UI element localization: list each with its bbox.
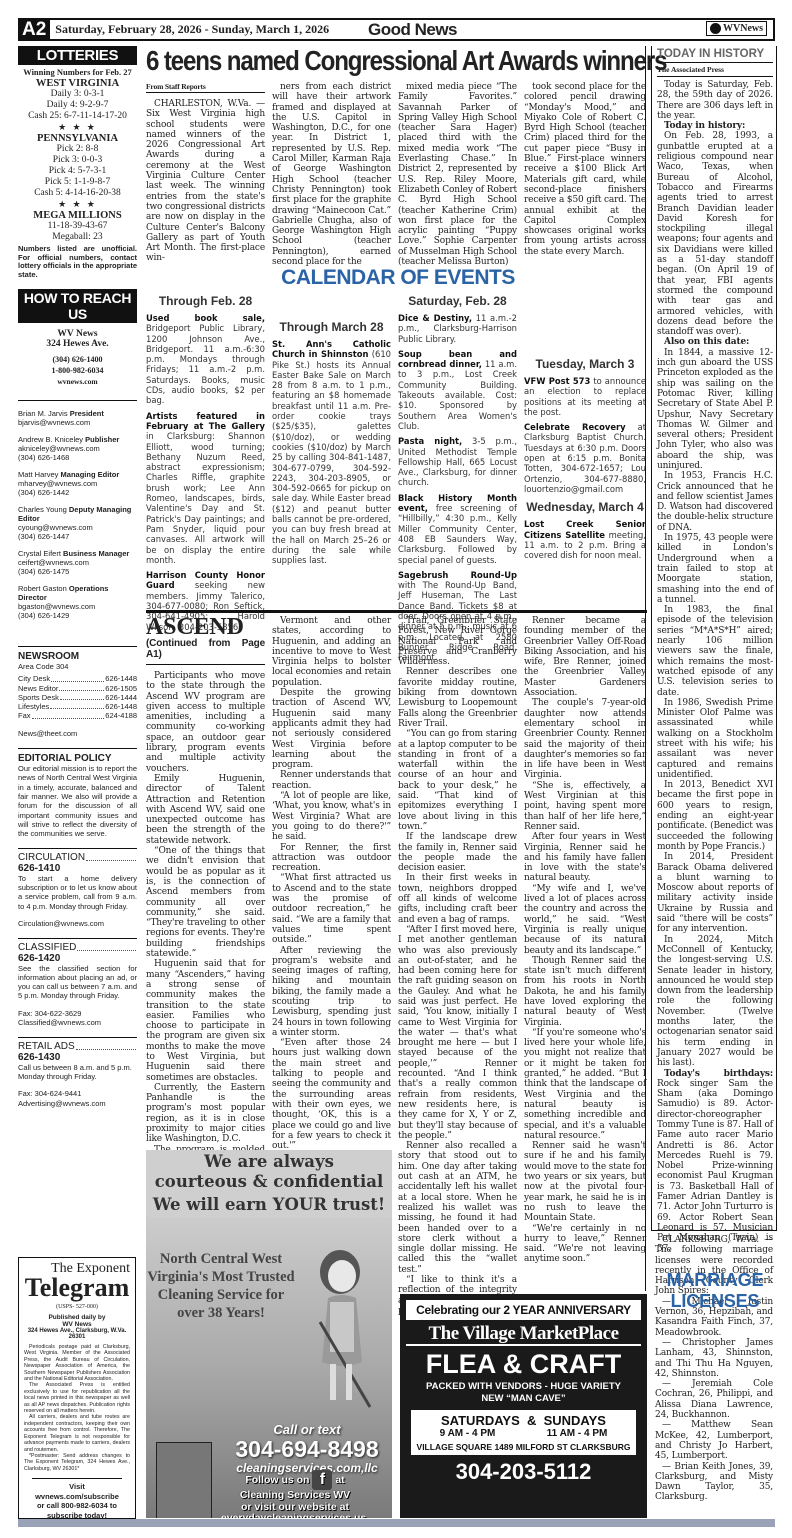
paragraph: In their first weeks in town, neighbors … [398, 873, 517, 924]
follow-text: at [335, 1474, 344, 1486]
subscribe-cta[interactable]: Visit wvnews.com/subscribe or call 800-9… [32, 1478, 122, 1524]
directory-row: City Desk626-1448 [18, 674, 137, 683]
event-name: Sagebrush Round-Up [398, 570, 517, 580]
calendar-event[interactable]: Artists featured in February at The Gall… [146, 411, 265, 565]
directory-row: Fax624-4188 [18, 711, 137, 720]
cleaning-service-ad[interactable]: We are always courteous & confidential W… [146, 1150, 392, 1518]
hours-box: SATURDAYS & SUNDAYS 9 AM - 4 PM11 AM - 4… [411, 1410, 636, 1455]
calendar-event[interactable]: Lost Creek Senior Citizens Satellite mee… [524, 519, 646, 560]
cleaning-lady-illustration [300, 1242, 384, 1412]
art-story-col-3: mixed media piece “The Family Favorites.… [398, 82, 517, 267]
page-number: A2 [18, 18, 50, 41]
staff-entry: Brian M. Jarvis Presidentbjarvis@wvnews.… [18, 409, 137, 427]
lottery-result: Daily 3: 0-3-1 [18, 89, 137, 100]
staff-name: Robert Gaston [18, 584, 67, 593]
staff-phone[interactable]: (304) 626-1475 [18, 567, 69, 576]
calendar-date-heading: Through Feb. 28 [146, 294, 265, 308]
postage-notice: Periodicals postage paid at Clarksburg, … [24, 1344, 130, 1382]
open-days: SATURDAYS & SUNDAYS [414, 1413, 633, 1428]
contact-block: WV News 324 Hewes Ave. (304) 626-1400 1-… [18, 329, 137, 386]
left-sidebar: LOTTERIES Winning Numbers for Feb. 27 WE… [18, 46, 137, 1108]
ad-contact: Call or text 304-694-8498 cleaningservic… [222, 1422, 392, 1475]
staff-name: Brian M. Jarvis [18, 409, 68, 418]
paper-title-large: Telegram [24, 1276, 130, 1300]
lottery-result: Daily 4: 9-2-9-7 [18, 100, 137, 111]
newsroom-email[interactable]: News@theet.com [18, 729, 137, 738]
staff-email[interactable]: bjarvis@wvnews.com [18, 418, 90, 427]
paragraph: If the landscape drew the family in, Ren… [398, 832, 517, 873]
village-marketplace-ad[interactable]: Celebrating our 2 YEAR ANNIVERSARY The V… [400, 1294, 647, 1518]
directory-label: Lifestyles [18, 702, 49, 711]
lottery-result: Pick 3: 0-0-3 [18, 155, 137, 166]
retail-fax: Fax: 304-624-9441 [18, 1089, 137, 1098]
issue-date: Saturday, February 28, 2026 - Sunday, Ma… [55, 22, 329, 37]
directory-phone[interactable]: 624-4188 [105, 711, 137, 720]
today-in-history-box: TODAY IN HISTORY The Associated Press To… [651, 46, 777, 1231]
marriage-entry: — Matthew Sean McKee, 42, Lumberport, an… [655, 1420, 773, 1461]
paragraph: “If you're someone who's lived here your… [524, 1028, 646, 1141]
birthdays-text: Rock singer Sam the Sham (aka Domingo Sa… [657, 1079, 773, 1254]
classified-text: See the classified section for informati… [18, 964, 137, 1001]
classified-title: CLASSIFIED [18, 943, 76, 952]
publisher-name: WV News [24, 1321, 130, 1328]
article-text: Vermont and other states, according to H… [272, 616, 391, 1182]
calendar-col-4: Tuesday, March 3 VFW Post 573 to announc… [524, 355, 646, 565]
star-divider-icon: ★ ★ ★ [18, 122, 137, 133]
ascend-col-2: Vermont and other states, according to H… [272, 616, 391, 1182]
directory-phone[interactable]: 626-1444 [105, 693, 137, 702]
usps-number: (USPS- 527-000) [24, 1304, 130, 1310]
ascend-col-1: ASCEND (Continued from Page A1) Particip… [146, 616, 265, 1165]
staff-email[interactable]: cyoung@wvnews.com [18, 523, 93, 532]
market-phone[interactable]: 304-203-5112 [406, 1459, 641, 1485]
history-event: In 1983, the final episode of the televi… [657, 605, 773, 698]
directory-phone[interactable]: 626-1448 [105, 702, 137, 711]
marriage-entry: — Christopher James Lanham, 43, Shinnsto… [655, 1338, 773, 1379]
paragraph: The couple's 7-year-old daughter now att… [524, 698, 646, 780]
event-name: VFW Post 573 [524, 376, 590, 386]
calendar-col-1: Through Feb. 28 Used book sale, Bridgepo… [146, 292, 265, 637]
ad-website-url[interactable]: everydaycleaningservices.us. [198, 1513, 392, 1518]
staff-phone[interactable]: (304) 626-1442 [18, 488, 69, 497]
ascend-col-4: Renner became a founding member of the G… [524, 616, 646, 1265]
paragraph: “What first attracted us to Ascend and t… [272, 873, 391, 945]
sunday-hours: 11 AM - 4 PM [547, 1428, 608, 1439]
paragraph: Renner said he wasn't sure if he and his… [524, 1141, 646, 1223]
classified-fax: Fax: 304-622-3629 [18, 1009, 137, 1018]
article-text: Participants who move to the state throu… [146, 671, 265, 1165]
history-event: In 1844, a massive 12-inch gun aboard th… [657, 348, 773, 472]
history-event: In 2024, Mitch McConnell of Kentucky, th… [657, 935, 773, 1069]
staff-title: Publisher [85, 435, 119, 444]
byline: From Staff Reports [146, 82, 265, 93]
ad-tagline: North Central West Virginia's Most Trust… [146, 1250, 296, 1322]
staff-email[interactable]: bgaston@wvnews.com [18, 602, 95, 611]
ascend-headline[interactable]: ASCEND [146, 616, 265, 638]
lottery-disclaimer: Numbers listed are unofficial. For offic… [18, 245, 137, 279]
staff-email[interactable]: ceifert@wvnews.com [18, 558, 89, 567]
staff-phone[interactable]: (304) 626-1447 [18, 532, 69, 541]
event-name: Celebrate Recovery [524, 422, 626, 432]
staff-name: Crystal Eifert [18, 549, 61, 558]
facebook-page-name[interactable]: Cleaning Services WV [198, 1490, 392, 1502]
ad-banner: We are always courteous & confidential W… [146, 1150, 392, 1217]
retail-title: RETAIL ADS [18, 1042, 75, 1051]
paragraph: Trail, Greenbrier State Forest, New Rive… [398, 616, 517, 667]
staff-entry: Crystal Eifert Business Managerceifert@w… [18, 549, 137, 576]
right-sidebar: TODAY IN HISTORY The Associated Press To… [651, 46, 777, 1503]
article-text: ners from each district will have their … [272, 82, 391, 267]
org-address: 324 Hewes Ave. [18, 339, 137, 349]
staff-list: Brian M. Jarvis Presidentbjarvis@wvnews.… [18, 409, 137, 620]
calendar-title: CALENDAR OF EVENTS [258, 266, 538, 290]
paragraph: Despite the growing traction of Ascend W… [272, 688, 391, 770]
wvnews-logo[interactable]: WVNews [706, 21, 767, 36]
wv-state-icon [710, 23, 721, 34]
masthead: A2 Saturday, February 28, 2026 - Sunday,… [18, 18, 775, 41]
classified-phone[interactable]: 626-1420 [18, 953, 137, 964]
event-name: Artists featured in February at The Gall… [146, 411, 265, 431]
divider [18, 848, 137, 849]
circulation-header: CIRCULATION [18, 853, 137, 862]
section-name: Good News [368, 20, 457, 40]
art-story-col-4: took second place for the colored pencil… [524, 82, 646, 257]
retail-phone[interactable]: 626-1430 [18, 1052, 137, 1063]
lottery-result: Megaball: 23 [18, 232, 137, 243]
postmaster-notice: *Postmaster: Send address changes to The… [24, 1453, 130, 1472]
footer-bar [18, 1519, 775, 1527]
state-name: WEST VIRGINIA [18, 78, 137, 89]
lottery-result: Cash 25: 6-7-11-14-17-20 [18, 111, 137, 122]
paragraph: Vermont and other states, according to H… [272, 616, 391, 688]
calendar-date-heading: Saturday, Feb. 28 [398, 294, 517, 308]
marriage-entry: — Brian Keith Jones, 39, Clarksburg, and… [655, 1462, 773, 1503]
calendar-event[interactable]: Soup bean and cornbread dinner, 11 a.m. … [398, 349, 517, 431]
lottery-result: Cash 5: 4-14-16-20-38 [18, 188, 137, 199]
art-story-col-1: From Staff Reports CHARLESTON, W.Va. — S… [146, 82, 265, 264]
org-name: WV News [18, 329, 137, 339]
published-by: Published daily by [24, 1314, 130, 1321]
retail-ads-header: RETAIL ADS [18, 1042, 137, 1051]
divider [18, 748, 137, 749]
editorial-policy-header: EDITORIAL POLICY [18, 753, 137, 764]
staff-name: Andrew B. Kniceley [18, 435, 83, 444]
event-details: Bridgeport Public Library, 1200 Johnson … [146, 323, 265, 405]
paragraph: “A lot of people are like, ‘What, you kn… [272, 791, 391, 842]
facebook-icon[interactable]: f [312, 1470, 332, 1490]
circulation-title: CIRCULATION [18, 853, 85, 862]
main-phone[interactable]: (304) 626-1400 [18, 355, 137, 364]
retail-text: Call us between 8 a.m. and 5 p.m. [18, 1063, 137, 1072]
staff-phone[interactable]: (304) 626-1429 [18, 611, 69, 620]
calendar-date-heading: Wednesday, March 4 [524, 500, 646, 514]
paragraph: Renner also recalled a story that stood … [398, 1141, 517, 1275]
ad-subline: NEW “MAN CAVE” [406, 1393, 641, 1405]
logo-text: WVNews [723, 23, 763, 34]
column-rule [645, 46, 646, 1291]
circulation-phone[interactable]: 626-1410 [18, 863, 137, 874]
history-event: In 1986, Swedish Prime Minister Olof Pal… [657, 698, 773, 780]
calendar-event[interactable]: Pasta night, 3-5 p.m., United Methodist … [398, 436, 517, 487]
ap-notice: The Associated Press is entitled exclusi… [24, 1382, 130, 1414]
ad-phone[interactable]: 304-694-8498 [222, 1437, 392, 1461]
history-event: On Feb. 28, 1993, a gunbattle erupted at… [657, 131, 773, 337]
lottery-result: Pick 2: 8-8 [18, 144, 137, 155]
divider [18, 400, 137, 401]
paragraph: Though Renner said the state isn't much … [524, 956, 646, 1028]
today-in-history-header: TODAY IN HISTORY [657, 48, 773, 63]
paragraph: After reviewing the program's website an… [272, 946, 391, 1039]
directory-phone[interactable]: 626-1505 [105, 684, 137, 693]
retail-email[interactable]: Advertising@wvnews.com [18, 1099, 137, 1108]
area-code: Area Code 304 [18, 662, 137, 671]
calendar-date-heading: Tuesday, March 3 [524, 357, 646, 371]
divider [18, 938, 137, 939]
paragraph: “Even after those 24 hours just walking … [272, 1038, 391, 1151]
paragraph: “After I first moved here, I met another… [398, 925, 517, 1141]
event-details: at Clarksburg Baptist Church. Tuesdays a… [524, 422, 646, 494]
art-awards-headline[interactable]: 6 teens named Congressional Art Awards w… [146, 46, 578, 76]
calendar-event[interactable]: Black History Month event, free screenin… [398, 493, 517, 565]
history-text: Today is Saturday, Feb. 28, the 59th day… [657, 80, 773, 1312]
circulation-text: To start a home delivery subscription or… [18, 874, 137, 911]
event-details: 11 a.m. to 3 p.m., Lost Creek Community … [398, 359, 517, 431]
event-details: (610 Pike St.) hosts its Annual Easter B… [272, 349, 391, 565]
history-label: Today's birthdays: [664, 1069, 773, 1079]
editorial-policy-text: Our editorial mission is to report the n… [18, 764, 137, 838]
saturday-hours: 9 AM - 4 PM [440, 1428, 496, 1439]
paragraph: Renner understands that reaction. [272, 770, 391, 791]
ad-line: We will earn YOUR trust! [146, 1195, 392, 1215]
paragraph: “My wife and I, we've lived a lot of pla… [524, 884, 646, 956]
lotteries-header: LOTTERIES [18, 46, 137, 65]
staff-entry: Charles Young Deputy Managing Editorcyou… [18, 505, 137, 541]
ad-line: courteous & confidential [146, 1172, 392, 1192]
article-text: CHARLESTON, W.Va. — Six West Virginia hi… [146, 99, 265, 264]
paragraph: “We're certainly in no hurry to leave,” … [524, 1224, 646, 1265]
staff-entry: Robert Gaston Operations Directorbgaston… [18, 584, 137, 620]
classified-email[interactable]: Classified@wvnews.com [18, 1018, 137, 1027]
website-link[interactable]: wvnews.com [18, 377, 137, 386]
article-text: Trail, Greenbrier State Forest, New Rive… [398, 616, 517, 1316]
social-follow: Follow us on f at Cleaning Services WV o… [198, 1470, 392, 1518]
retail-text-days: Monday through Friday. [18, 1072, 137, 1081]
paragraph: Huguenin said that for many “Ascenders,”… [146, 959, 265, 1083]
history-event: In 1975, 43 people were killed in London… [657, 533, 773, 605]
history-events-list: In 1844, a massive 12-inch gun aboard th… [657, 348, 773, 1069]
paragraph: Participants who move to the state throu… [146, 671, 265, 774]
paragraph: Emily Huguenin, director of Talent Attra… [146, 774, 265, 846]
staff-name: Matt Harvey [18, 470, 58, 479]
staff-name: Charles Young [18, 505, 67, 514]
article-text: Renner became a founding member of the G… [524, 616, 646, 1265]
lottery-date: Winning Numbers for Feb. 27 [18, 67, 137, 78]
staff-phone[interactable]: (304) 626-1468 [18, 453, 69, 462]
directory-label: Fax [18, 711, 31, 720]
calendar-col-2: Through March 28 St. Ann's Catholic Chur… [272, 318, 391, 571]
staff-title: Business Manager [63, 549, 129, 558]
lottery-results: Winning Numbers for Feb. 27 WEST VIRGINI… [18, 67, 137, 243]
directory-label: Sports Desk [18, 693, 59, 702]
history-event: In 2013, Benedict XVI became the first p… [657, 780, 773, 852]
paragraph: Renner became a founding member of the G… [524, 616, 646, 698]
divider [18, 1037, 137, 1038]
paragraph: “She is, effectively, a West Virginian a… [524, 781, 646, 832]
toll-free-phone[interactable]: 1-800-982-6034 [18, 366, 137, 375]
ad-subline: PACKED WITH VENDORS - HUGE VARIETY [406, 1381, 641, 1393]
marriage-list: — Michael Justin Vernon, 36, Hepzibah, a… [655, 1297, 773, 1503]
lottery-result: Pick 4: 5-7-3-1 [18, 166, 137, 177]
event-name: Used book sale, [146, 313, 265, 323]
byline: The Associated Press [657, 63, 773, 77]
paragraph: “One of the things that we didn't envisi… [146, 846, 265, 959]
marriage-entry: — Jeremiah Cole Cochran, 26, Philippi, a… [655, 1379, 773, 1420]
anniversary-banner: Celebrating our 2 YEAR ANNIVERSARY [406, 1300, 641, 1320]
directory-row: Lifestyles626-1448 [18, 702, 137, 711]
section-divider [146, 610, 647, 613]
history-event: In 2014, President Barack Obama delivere… [657, 852, 773, 934]
history-intro: Today is Saturday, Feb. 28, the 59th day… [657, 80, 773, 121]
history-label: Also on this date: [657, 337, 773, 347]
directory-row: News Editor626-1505 [18, 684, 137, 693]
carrier-notice: All carriers, dealers and tube routes ar… [24, 1414, 130, 1452]
reach-us-header: HOW TO REACH US [18, 289, 137, 323]
star-divider-icon: ★ ★ ★ [18, 199, 137, 210]
calendar-event[interactable]: VFW Post 573 to announce an election to … [524, 376, 646, 417]
calendar-event[interactable]: Used book sale, Bridgeport Public Librar… [146, 313, 265, 406]
history-label: Today in history: [657, 121, 773, 131]
staff-email[interactable]: mharvey@wvnews.com [18, 479, 97, 488]
classified-header: CLASSIFIED [18, 943, 137, 952]
ad-line: We are always [146, 1152, 392, 1172]
newsroom-header: NEWSROOM [18, 651, 137, 662]
market-address: VILLAGE SQUARE 1489 MILFORD ST CLARKSBUR… [414, 1442, 633, 1452]
circulation-email[interactable]: Circulation@wvnews.com [18, 919, 137, 928]
call-label: Call or text [222, 1422, 392, 1437]
directory-label: City Desk [18, 674, 50, 683]
calendar-event[interactable]: Celebrate Recovery at Clarksburg Baptist… [524, 422, 646, 494]
staff-entry: Matt Harvey Managing Editormharvey@wvnew… [18, 470, 137, 497]
calendar-date-heading: Through March 28 [272, 320, 391, 334]
marketplace-name: The Village MarketPlace [406, 1324, 641, 1346]
paragraph: Currently, the Eastern Panhandle is the … [146, 1083, 265, 1145]
staff-title: President [70, 409, 104, 418]
state-name: PENNSYLVANIA [18, 133, 137, 144]
newsroom-directory: City Desk626-1448News Editor626-1505Spor… [18, 674, 137, 720]
article-text: took second place for the colored pencil… [524, 82, 646, 257]
event-name: Pasta night, [398, 436, 462, 446]
directory-row: Sports Desk626-1444 [18, 693, 137, 702]
staff-title: Managing Editor [61, 470, 120, 479]
staff-email[interactable]: akniceley@wvnews.com [18, 444, 100, 453]
divider [18, 646, 137, 647]
follow-text: Follow us on [245, 1474, 309, 1486]
paragraph: Renner describes one favorite midday rou… [398, 667, 517, 729]
staff-entry: Andrew B. Kniceley Publisherakniceley@wv… [18, 435, 137, 462]
article-text: mixed media piece “The Family Favorites.… [398, 82, 517, 267]
marriage-licenses-header: MARRIAGE LICENSES [657, 1270, 773, 1312]
game-name: MEGA MILLIONS [18, 210, 137, 221]
publisher-address: 324 Hewes Ave., Clarksburg, W.Va. 26301 [24, 1328, 130, 1340]
art-story-col-2: ners from each district will have their … [272, 82, 391, 267]
paragraph: “You can go from staring at a laptop com… [398, 729, 517, 832]
telegram-masthead-box: The Exponent Telegram (USPS- 527-000) Pu… [18, 1257, 136, 1519]
lottery-result: Pick 5: 1-1-9-8-7 [18, 177, 137, 188]
ascend-col-3: Trail, Greenbrier State Forest, New Rive… [398, 616, 517, 1316]
flea-craft-headline: FLEA & CRAFT [406, 1350, 641, 1378]
history-event: In 1953, Francis H.C. Crick announced th… [657, 471, 773, 533]
paragraph: For Renner, the first attraction was out… [272, 843, 391, 874]
paragraph: After four years in West Virginia, Renne… [524, 832, 646, 883]
calendar-event[interactable]: St. Ann's Catholic Church in Shinnston (… [272, 339, 391, 566]
event-name: Dice & Destiny, [398, 313, 472, 323]
lottery-result: 11-18-39-43-67 [18, 221, 137, 232]
calendar-event[interactable]: Dice & Destiny, 11 a.m.-2 p.m., Clarksbu… [398, 313, 517, 344]
directory-phone[interactable]: 626-1448 [105, 674, 137, 683]
directory-label: News Editor [18, 684, 58, 693]
ascend-subhead[interactable]: (Continued from Page A1) [146, 638, 265, 665]
event-details: in Clarksburg: Shannon Elliott, wood tur… [146, 431, 265, 565]
